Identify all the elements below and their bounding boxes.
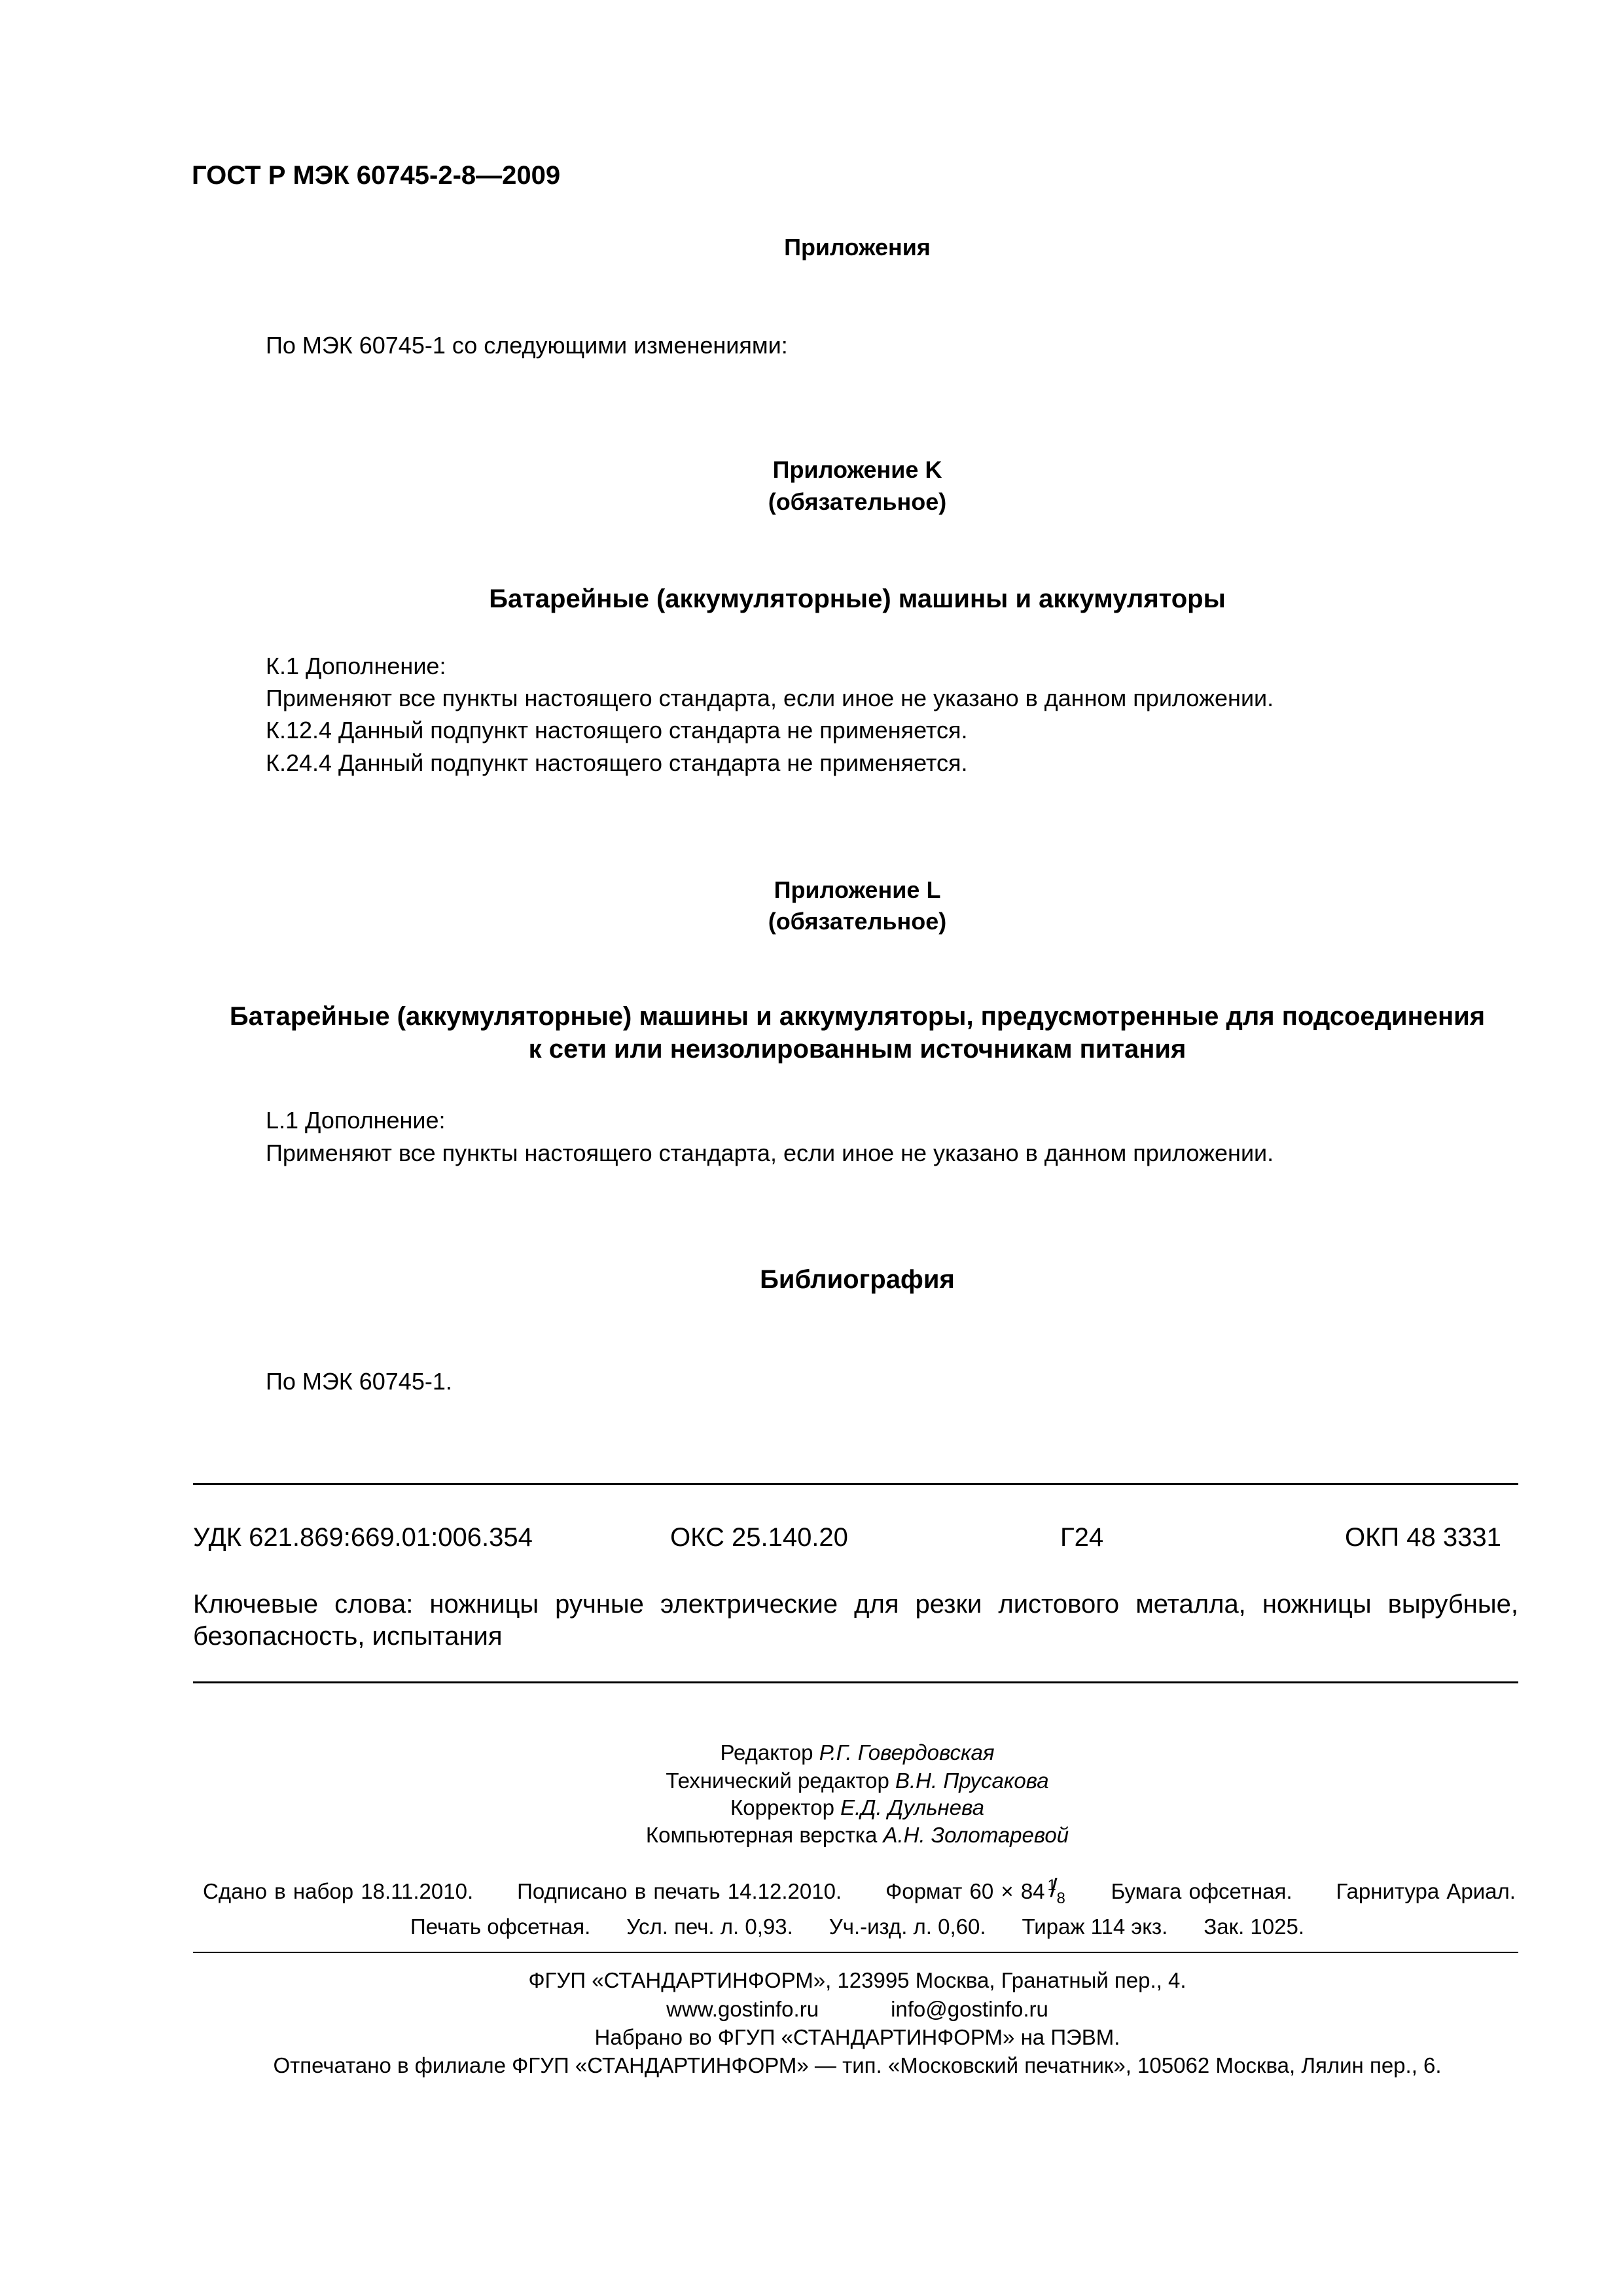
appendix-l-label: Приложение L xyxy=(0,876,1623,904)
credit-name: А.Н. Золотаревой xyxy=(883,1823,1069,1847)
okp-code: ОКП 48 3331 xyxy=(1345,1523,1501,1552)
appendix-k-line: К.1 Дополнение: xyxy=(266,653,446,680)
oks-code: ОКС 25.140.20 xyxy=(670,1523,848,1552)
bibliography-text: По МЭК 60745-1. xyxy=(266,1368,452,1395)
appendix-k-label: Приложение K xyxy=(0,456,1623,484)
publisher-website-link[interactable]: www.gostinfo.ru xyxy=(666,1997,819,2021)
credit-role: Компьютерная верстка xyxy=(646,1823,883,1847)
appendix-l-line: Применяют все пункты настоящего стандарт… xyxy=(266,1139,1274,1167)
publ-sheets: Уч.-изд. л. 0,60. xyxy=(829,1914,986,1939)
udk-code: УДК 621.869:669.01:006.354 xyxy=(193,1523,533,1552)
submitted-date: Сдано в набор 18.11.2010. xyxy=(203,1879,473,1903)
typeset-note: Набрано во ФГУП «СТАНДАРТИНФОРМ» на ПЭВМ… xyxy=(0,2025,1623,2050)
appendix-k-status: (обязательное) xyxy=(0,488,1623,516)
signed-date: Подписано в печать 14.12.2010. xyxy=(517,1879,842,1903)
divider xyxy=(193,1483,1518,1485)
order-number: Зак. 1025. xyxy=(1204,1914,1304,1939)
appendices-intro: По МЭК 60745-1 со следующими изменениями… xyxy=(266,332,788,359)
printed-note: Отпечатано в филиале ФГУП «СТАНДАРТИНФОР… xyxy=(0,2053,1623,2078)
document-code: ГОСТ Р МЭК 60745-2-8—2009 xyxy=(192,161,560,190)
credit-role: Редактор xyxy=(720,1740,819,1765)
keywords-line2: безопасность, испытания xyxy=(193,1622,503,1651)
credit-role: Технический редактор xyxy=(666,1768,895,1793)
bibliography-title: Библиография xyxy=(0,1265,1623,1295)
appendix-l-status: (обязательное) xyxy=(0,908,1623,935)
divider xyxy=(193,1681,1518,1683)
credit-role: Корректор xyxy=(730,1795,840,1820)
print-sheets: Усл. печ. л. 0,93. xyxy=(626,1914,793,1939)
divider xyxy=(193,1952,1518,1953)
print-type: Печать офсетная. xyxy=(410,1914,590,1939)
typeface: Гарнитура Ариал. xyxy=(1336,1879,1516,1903)
appendix-l-heading-line2: к сети или неизолированным источникам пи… xyxy=(0,1035,1623,1064)
format-fraction: 1/8 xyxy=(1045,1883,1067,1903)
appendix-k-line: К.24.4 Данный подпункт настоящего станда… xyxy=(266,749,967,777)
group-code: Г24 xyxy=(1060,1523,1103,1552)
publisher-contacts: www.gostinfo.ru info@gostinfo.ru xyxy=(0,1997,1623,2022)
credit-editor: Редактор Р.Г. Говердовская xyxy=(0,1740,1623,1765)
appendix-l-line: L.1 Дополнение: xyxy=(266,1107,446,1134)
imprint-line2: Печать офсетная. Усл. печ. л. 0,93. Уч.-… xyxy=(0,1914,1623,1939)
credit-tech-editor: Технический редактор В.Н. Прусакова xyxy=(0,1768,1623,1793)
format: Формат 60 × 84 xyxy=(885,1879,1044,1903)
imprint-line1: Сдано в набор 18.11.2010. Подписано в пе… xyxy=(203,1879,1516,1904)
circulation: Тираж 114 экз. xyxy=(1022,1914,1168,1939)
credit-name: Р.Г. Говердовская xyxy=(819,1740,995,1765)
keywords-line1: Ключевые слова: ножницы ручные электриче… xyxy=(193,1590,1518,1619)
paper: Бумага офсетная. xyxy=(1111,1879,1293,1903)
appendix-k-heading: Батарейные (аккумуляторные) машины и акк… xyxy=(0,584,1623,614)
credit-proofreader: Корректор Е.Д. Дульнева xyxy=(0,1795,1623,1820)
credit-layout: Компьютерная верстка А.Н. Золотаревой xyxy=(0,1823,1623,1848)
appendices-title: Приложения xyxy=(0,234,1623,261)
appendix-k-line: Применяют все пункты настоящего стандарт… xyxy=(266,685,1274,712)
credit-name: Е.Д. Дульнева xyxy=(840,1795,984,1820)
appendix-l-heading-line1: Батарейные (аккумуляторные) машины и акк… xyxy=(0,1002,1623,1031)
appendix-k-line: К.12.4 Данный подпункт настоящего станда… xyxy=(266,717,967,744)
publisher-email-link[interactable]: info@gostinfo.ru xyxy=(891,1997,1048,2021)
credit-name: В.Н. Прусакова xyxy=(895,1768,1049,1793)
publisher-address: ФГУП «СТАНДАРТИНФОРМ», 123995 Москва, Гр… xyxy=(0,1968,1623,1993)
